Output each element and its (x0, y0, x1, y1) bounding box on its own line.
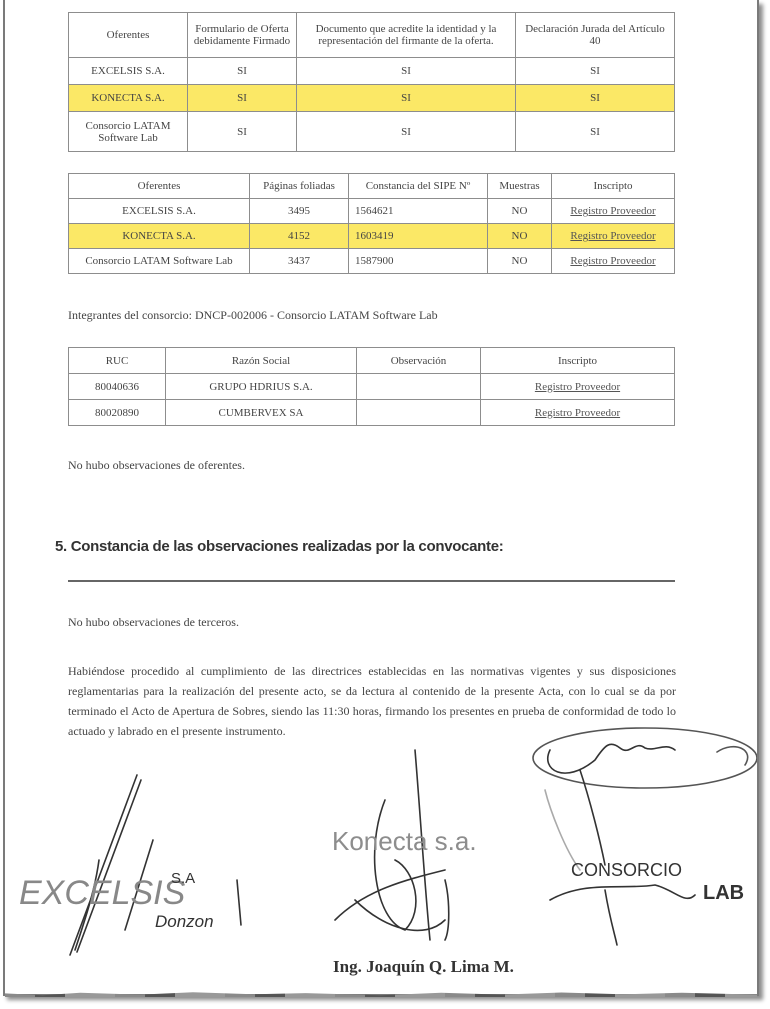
header-observacion: Observación (357, 348, 481, 374)
excelsis-stamp: EXCELSIS (19, 874, 185, 913)
header-constancia: Constancia del SIPE Nº (349, 174, 488, 199)
cell-constancia: 1587900 (349, 249, 488, 274)
cell-muestras: NO (488, 199, 552, 224)
cell-inscripto: Registro Proveedor (552, 224, 675, 249)
cell-formulario: SI (188, 58, 297, 85)
header-ruc: RUC (69, 348, 166, 374)
cell-documento: SI (297, 58, 516, 85)
cell-documento: SI (297, 85, 516, 112)
table-header-row: RUC Razón Social Observación Inscripto (69, 348, 675, 374)
header-muestras: Muestras (488, 174, 552, 199)
cell-paginas: 3495 (250, 199, 349, 224)
no-observations-terceros: No hubo observaciones de terceros. (68, 615, 239, 630)
cell-muestras: NO (488, 249, 552, 274)
table-row: EXCELSIS S.A. SI SI SI (69, 58, 675, 85)
excelsis-handwritten-name: Donzon (155, 912, 214, 932)
cell-formulario: SI (188, 85, 297, 112)
consorcio-members-table: RUC Razón Social Observación Inscripto 8… (68, 347, 675, 426)
cell-razon-social: GRUPO HDRIUS S.A. (166, 374, 357, 400)
cell-observacion (357, 400, 481, 426)
header-paginas: Páginas foliadas (250, 174, 349, 199)
table-header-row: Oferentes Páginas foliadas Constancia de… (69, 174, 675, 199)
header-declaracion: Declaración Jurada del Artículo 40 (516, 13, 675, 58)
registro-proveedor-link[interactable]: Registro Proveedor (570, 255, 655, 267)
cell-inscripto: Registro Proveedor (552, 199, 675, 224)
table-row-highlighted: KONECTA S.A. SI SI SI (69, 85, 675, 112)
header-formulario: Formulario de Oferta debidamente Firmado (188, 13, 297, 58)
cell-declaracion: SI (516, 58, 675, 85)
consorcio-lab-label: LAB (703, 882, 744, 905)
konecta-signatory-name: Ing. Joaquín Q. Lima M. (333, 957, 514, 977)
cell-oferente: Consorcio LATAM Software Lab (69, 249, 250, 274)
table-row: EXCELSIS S.A. 3495 1564621 NO Registro P… (69, 199, 675, 224)
header-oferentes: Oferentes (69, 13, 188, 58)
section-divider (68, 580, 675, 582)
cell-inscripto: Registro Proveedor (481, 374, 675, 400)
cell-paginas: 3437 (250, 249, 349, 274)
requirements-table: Oferentes Formulario de Oferta debidamen… (68, 12, 675, 152)
header-inscripto: Inscripto (552, 174, 675, 199)
excelsis-sa-label: S.A (171, 870, 195, 887)
table-row: 80040636 GRUPO HDRIUS S.A. Registro Prov… (69, 374, 675, 400)
cell-inscripto: Registro Proveedor (552, 249, 675, 274)
registro-proveedor-link[interactable]: Registro Proveedor (535, 407, 620, 419)
document-page: Oferentes Formulario de Oferta debidamen… (3, 0, 759, 996)
consorcio-stamp: CONSORCIO (571, 860, 682, 881)
consorcio-members-title: Integrantes del consorcio: DNCP-002006 -… (68, 308, 438, 323)
cell-declaracion: SI (516, 85, 675, 112)
table-row: 80020890 CUMBERVEX SA Registro Proveedor (69, 400, 675, 426)
registro-proveedor-link[interactable]: Registro Proveedor (570, 205, 655, 217)
cell-declaracion: SI (516, 112, 675, 152)
section-5-heading: 5. Constancia de las observaciones reali… (55, 538, 503, 555)
cell-documento: SI (297, 112, 516, 152)
cell-oferente: EXCELSIS S.A. (69, 199, 250, 224)
offers-table: Oferentes Páginas foliadas Constancia de… (68, 173, 675, 274)
table-row: Consorcio LATAM Software Lab SI SI SI (69, 112, 675, 152)
header-documento: Documento que acredite la identidad y la… (297, 13, 516, 58)
cell-inscripto: Registro Proveedor (481, 400, 675, 426)
table-row: Consorcio LATAM Software Lab 3437 158790… (69, 249, 675, 274)
table-header-row: Oferentes Formulario de Oferta debidamen… (69, 13, 675, 58)
cell-oferente: KONECTA S.A. (69, 224, 250, 249)
registro-proveedor-link[interactable]: Registro Proveedor (570, 230, 655, 242)
cell-razon-social: CUMBERVEX SA (166, 400, 357, 426)
table-row-highlighted: KONECTA S.A. 4152 1603419 NO Registro Pr… (69, 224, 675, 249)
registro-proveedor-link[interactable]: Registro Proveedor (535, 381, 620, 393)
konecta-stamp: Konecta s.a. (332, 826, 477, 857)
cell-oferente: EXCELSIS S.A. (69, 58, 188, 85)
cell-oferente: Consorcio LATAM Software Lab (69, 112, 188, 152)
header-razon-social: Razón Social (166, 348, 357, 374)
header-oferentes: Oferentes (69, 174, 250, 199)
cell-muestras: NO (488, 224, 552, 249)
cell-ruc: 80020890 (69, 400, 166, 426)
header-inscripto: Inscripto (481, 348, 675, 374)
cell-paginas: 4152 (250, 224, 349, 249)
cell-ruc: 80040636 (69, 374, 166, 400)
no-observations-oferentes: No hubo observaciones de oferentes. (68, 458, 245, 473)
cell-observacion (357, 374, 481, 400)
cell-constancia: 1603419 (349, 224, 488, 249)
cell-constancia: 1564621 (349, 199, 488, 224)
cell-formulario: SI (188, 112, 297, 152)
cell-oferente: KONECTA S.A. (69, 85, 188, 112)
